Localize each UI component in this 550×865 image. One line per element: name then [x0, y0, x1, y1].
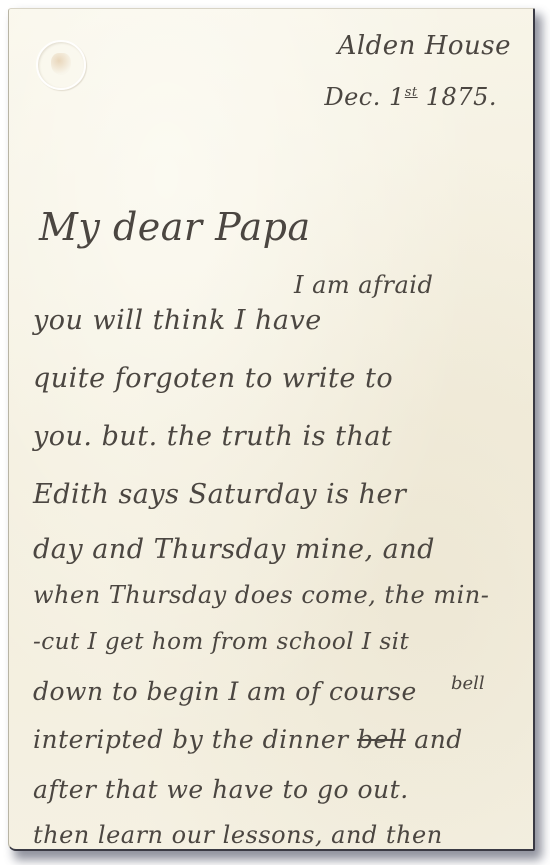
letter-line: quite forgoten to write to	[33, 363, 393, 394]
letter-date: Dec. 1st 1875.	[324, 83, 497, 111]
letter-line: interipted by the dinner bell and	[33, 725, 463, 754]
letter-line: then learn our lessons, and then	[33, 821, 443, 849]
letter-salutation: My dear Papa	[39, 205, 311, 249]
letter-line: you. but. the truth is that	[33, 421, 392, 452]
struck-word: bell	[357, 725, 406, 754]
letter-page: Alden House Dec. 1st 1875. My dear Papa …	[8, 8, 535, 851]
letter-line: you will think I have	[33, 305, 322, 336]
inserted-word: bell	[451, 673, 485, 694]
letter-line: down to begin I am of course	[33, 677, 417, 706]
letter-line: Edith says Saturday is her	[33, 479, 406, 510]
letter-line: -cut I get hom from school I sit	[33, 629, 409, 655]
letter-line: after that we have to go out.	[33, 775, 409, 804]
embossed-crest-icon	[36, 40, 86, 90]
letter-line: I am afraid	[294, 271, 433, 299]
letter-line: day and Thursday mine, and	[33, 534, 435, 565]
letter-address: Alden House	[338, 31, 511, 61]
crest-lion-icon	[51, 53, 71, 75]
letter-line: when Thursday does come, the min-	[33, 581, 489, 609]
